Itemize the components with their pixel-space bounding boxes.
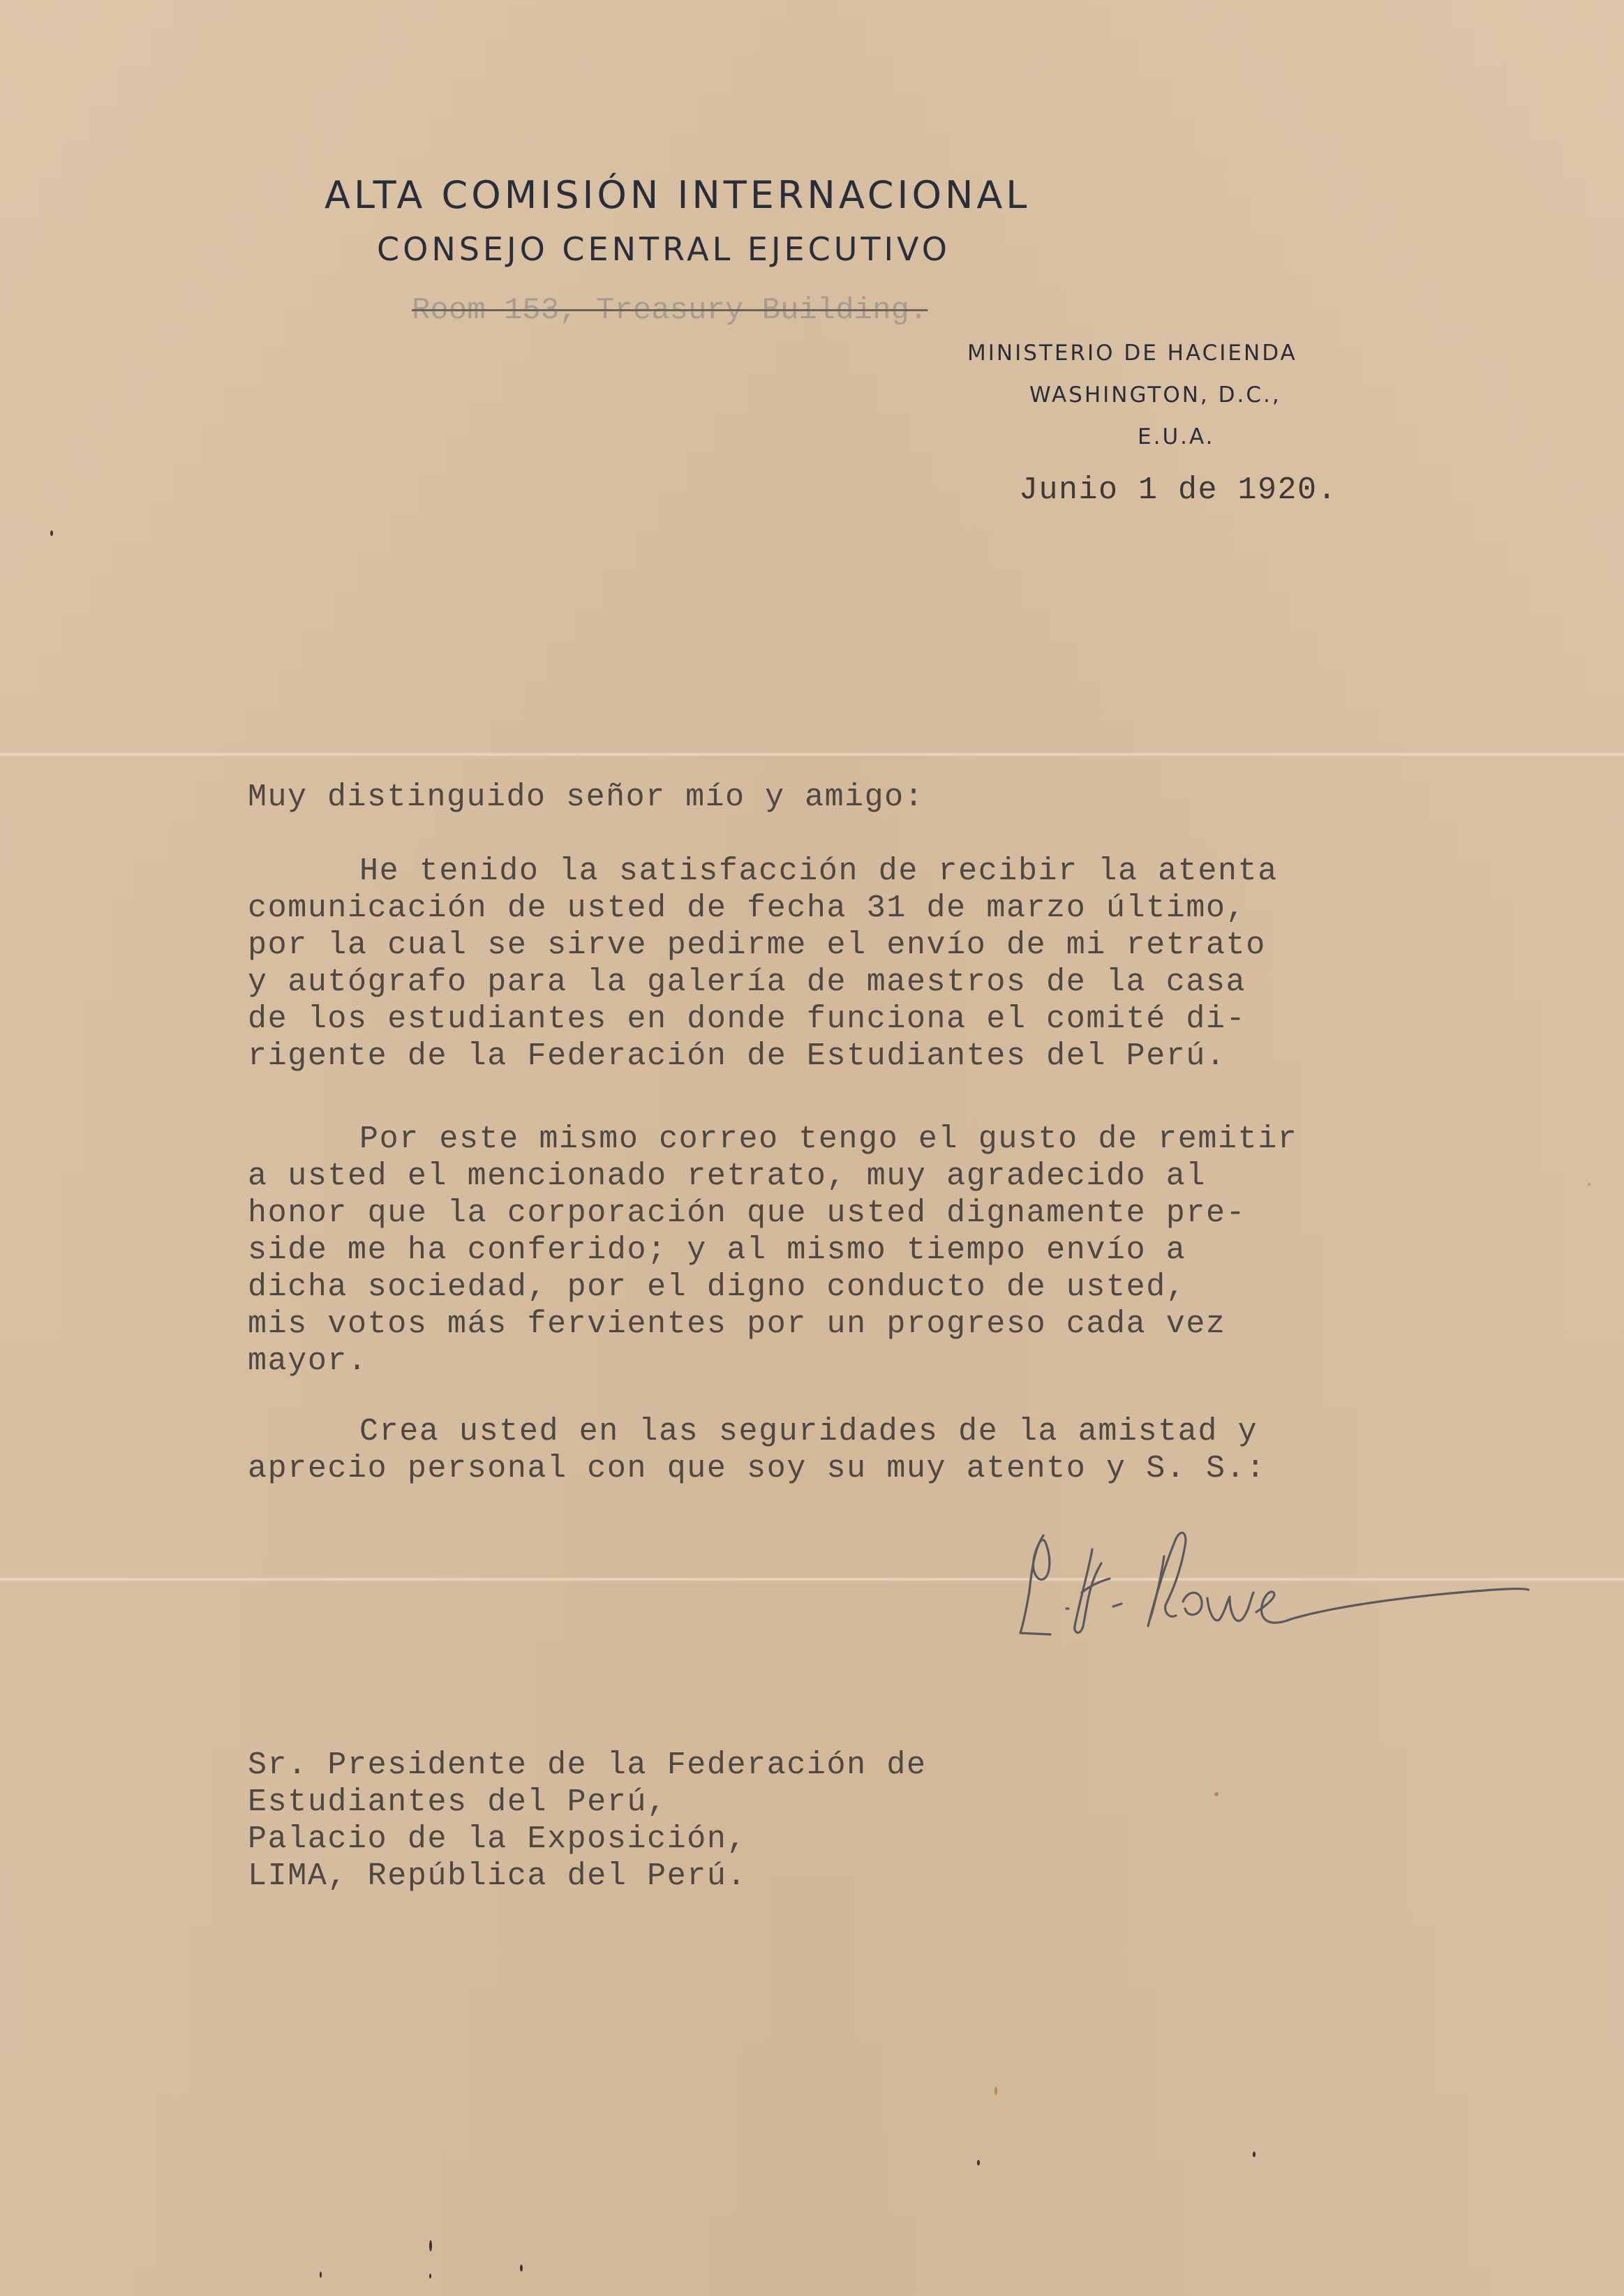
body-line: side me ha conferido; y al mismo tiempo … — [248, 1232, 1297, 1269]
paper-speck — [1588, 1183, 1591, 1186]
paper-speck — [320, 2272, 322, 2278]
handwritten-signature: L. S. Rowe — [1005, 1514, 1535, 1654]
body-line: Crea usted en las seguridades de la amis… — [248, 1413, 1266, 1450]
letterhead-council: CONSEJO CENTRAL EJECUTIVO — [377, 230, 951, 268]
paper-speck — [520, 2265, 523, 2272]
body-line: mis votos más fervientes por un progreso… — [248, 1306, 1297, 1343]
body-line: por la cual se sirve pedirme el envío de… — [248, 927, 1278, 964]
body-line: aprecio personal con que soy su muy aten… — [248, 1450, 1266, 1487]
addressee-lines: Sr. Presidente de la Federación de Estud… — [248, 1747, 927, 1895]
body-paragraph: Por este mismo correo tengo el gusto de … — [248, 1121, 1297, 1380]
paper-speck — [977, 2160, 980, 2165]
paper-speck — [429, 2274, 431, 2279]
paper-speck — [429, 2240, 432, 2251]
body-line: comunicación de usted de fecha 31 de mar… — [248, 890, 1278, 927]
paper-fold-line — [0, 752, 1624, 756]
letterhead-organization: ALTA COMISIÓN INTERNACIONAL — [325, 173, 1030, 217]
body-line: de los estudiantes en donde funciona el … — [248, 1001, 1278, 1038]
letter-date: Junio 1 de 1920. — [1019, 472, 1337, 509]
body-line: He tenido la satisfacción de recibir la … — [248, 853, 1278, 890]
paper-speck — [994, 2087, 997, 2095]
letterhead-ministry: MINISTERIO DE HACIENDA — [967, 341, 1297, 366]
body-paragraph: He tenido la satisfacción de recibir la … — [248, 853, 1278, 1075]
letterhead-city: WASHINGTON, D.C., — [1029, 382, 1281, 408]
body-line: mayor. — [248, 1343, 1297, 1380]
addressee-line: Palacio de la Exposición, — [248, 1821, 927, 1858]
salutation: Muy distinguido señor mío y amigo: — [248, 779, 924, 816]
addressee-line: Estudiantes del Perú, — [248, 1784, 927, 1821]
body-line: honor que la corporación que usted digna… — [248, 1195, 1297, 1232]
letterhead-country: E.U.A. — [1138, 424, 1215, 449]
body-line: y autógrafo para la galería de maestros … — [248, 964, 1278, 1001]
addressee-line: Sr. Presidente de la Federación de — [248, 1747, 927, 1784]
body-line: dicha sociedad, por el digno conducto de… — [248, 1269, 1297, 1306]
paper-speck — [1253, 2152, 1256, 2157]
signature-icon — [1005, 1514, 1535, 1654]
addressee-block: Sr. Presidente de la Federación de Estud… — [248, 1747, 927, 1895]
body-line: a usted el mencionado retrato, muy agrad… — [248, 1158, 1297, 1195]
body-line: Por este mismo correo tengo el gusto de … — [248, 1121, 1297, 1158]
closing-paragraph: Crea usted en las seguridades de la amis… — [248, 1413, 1266, 1487]
paper-speck — [1214, 1792, 1219, 1796]
body-line: rigente de la Federación de Estudiantes … — [248, 1038, 1278, 1075]
paper-speck — [50, 530, 53, 536]
addressee-line: LIMA, República del Perú. — [248, 1858, 927, 1895]
struck-out-address: Room 153, Treasury Building. — [412, 293, 928, 328]
